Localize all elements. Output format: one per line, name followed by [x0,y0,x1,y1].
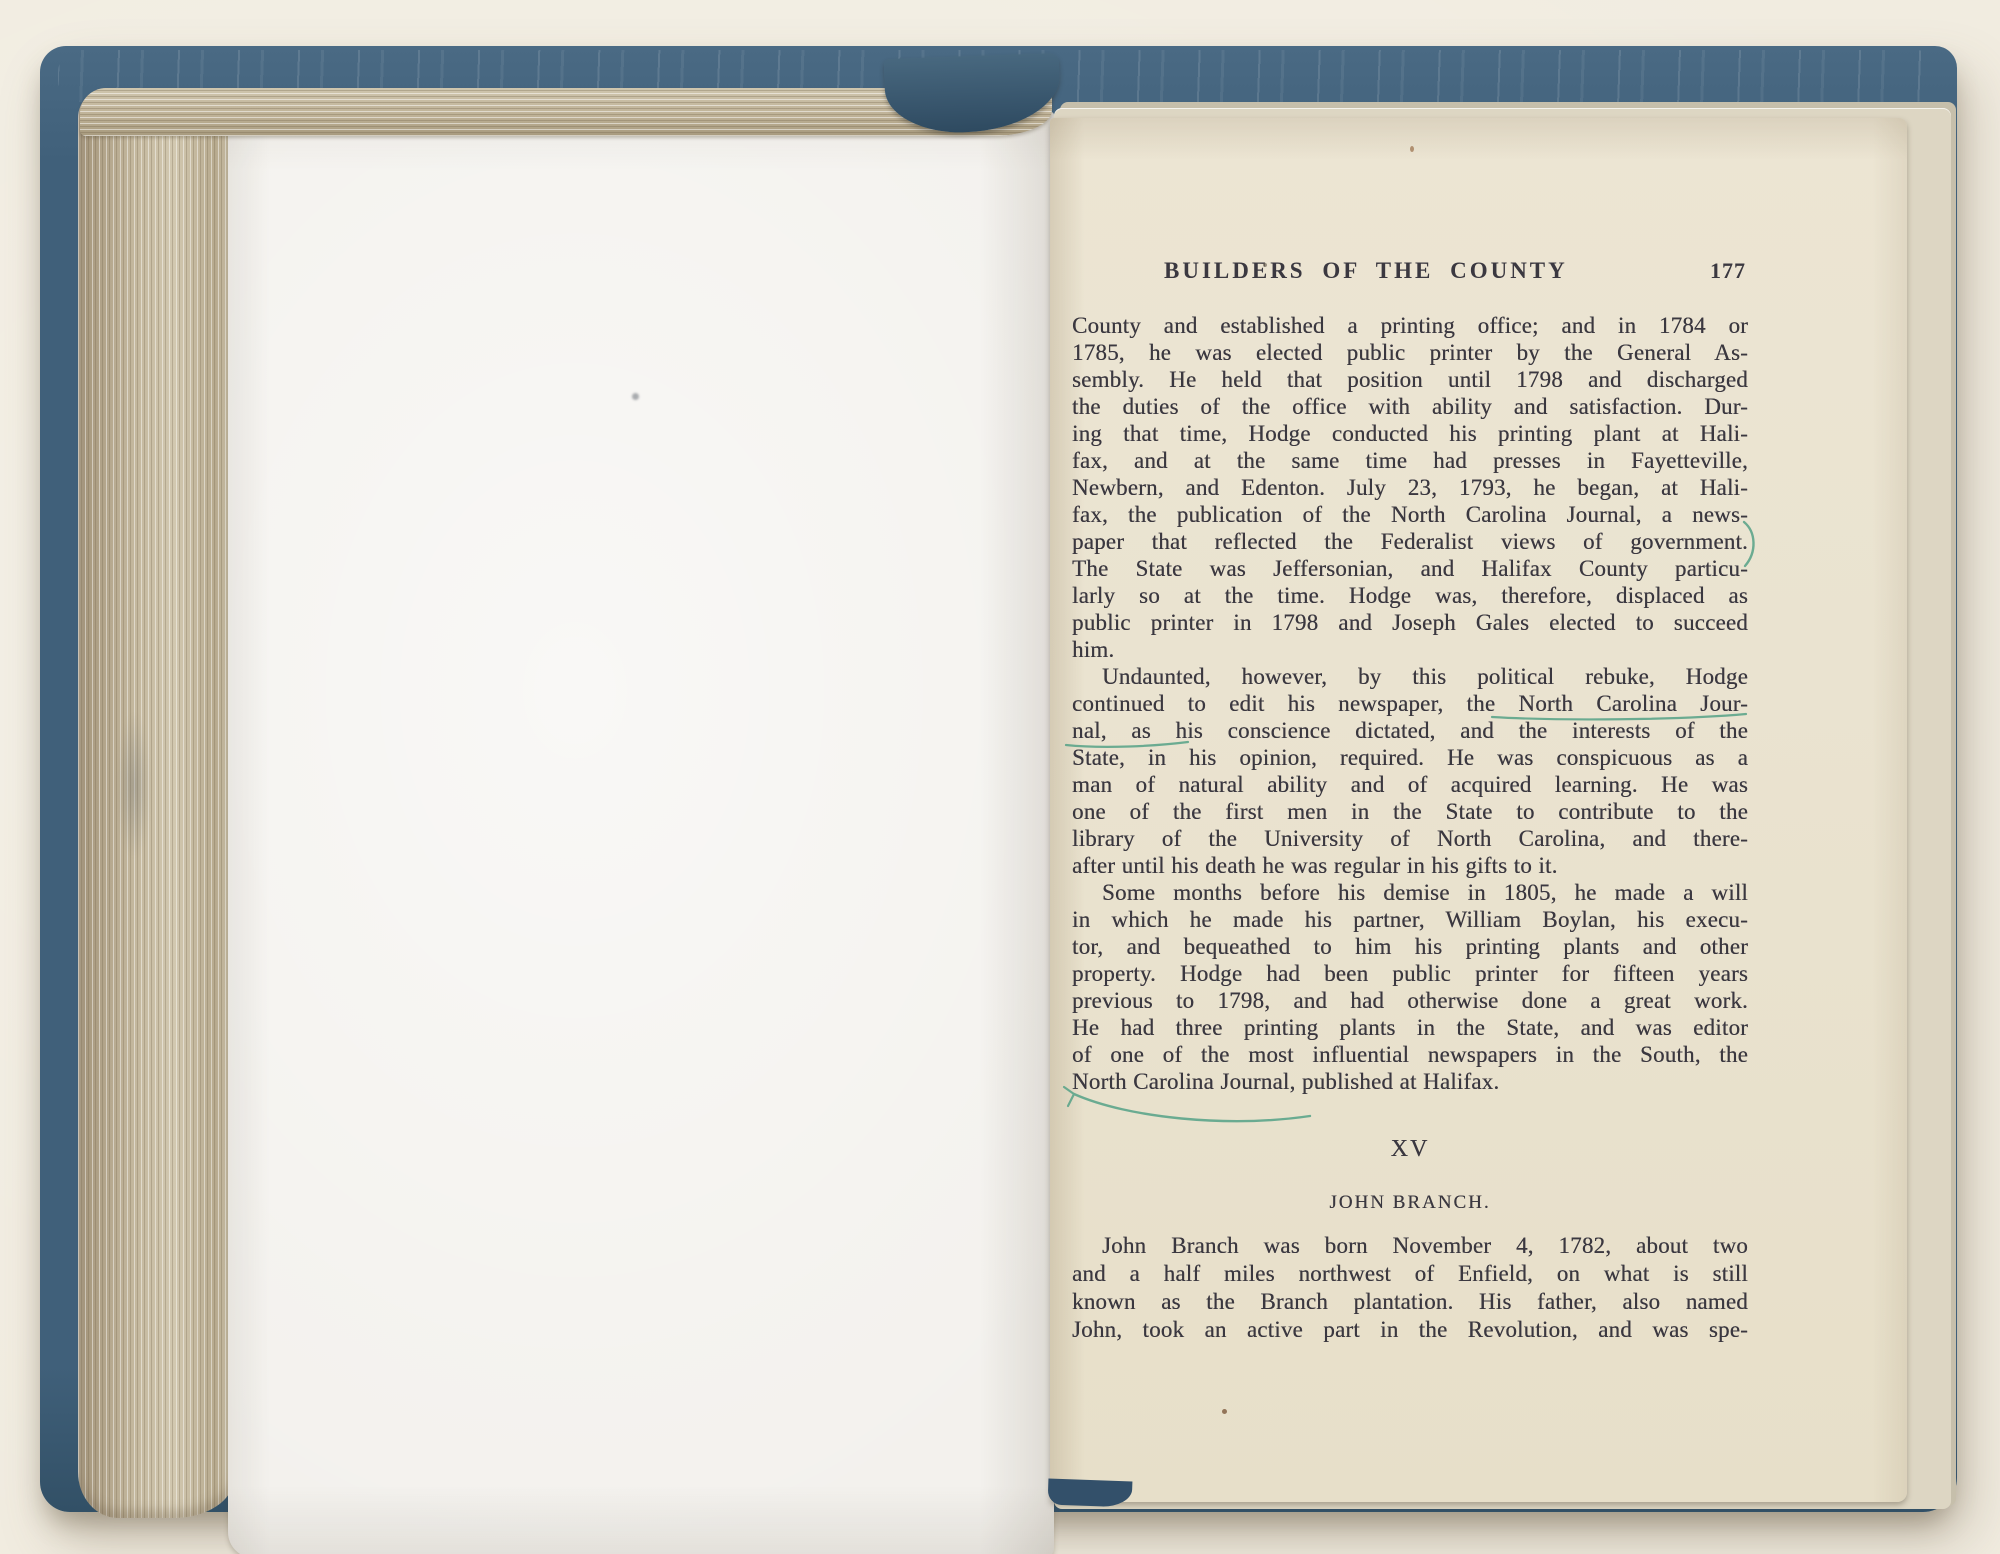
text-line: Some months before his demise in 1805, h… [1072,879,1748,906]
paragraph: County and established a printing office… [1072,312,1748,663]
gutter-cover-glimpse [1048,1479,1133,1508]
text-line: County and established a printing office… [1072,312,1748,339]
text-line: previous to 1798, and had otherwise done… [1072,987,1748,1014]
text-line: North Carolina Journal, published at Hal… [1072,1068,1748,1095]
text-line: tor, and bequeathed to him his printing … [1072,933,1748,960]
text-line: continued to edit his newspaper, the Nor… [1072,690,1748,717]
fore-edge-smudge [112,688,156,883]
text-line: in which he made his partner, William Bo… [1072,906,1748,933]
book-cover: BUILDERS OF THE COUNTY 177 County and es… [40,46,1957,1512]
text-line: Undaunted, however, by this political re… [1072,663,1748,690]
left-page-blank [228,112,1054,1554]
text-line: fax, the publication of the North Caroli… [1072,501,1748,528]
paragraph: Some months before his demise in 1805, h… [1072,879,1748,1095]
text-line: one of the first men in the State to con… [1072,798,1748,825]
text-line: John Branch was born November 4, 1782, a… [1072,1232,1748,1260]
text-line: nal, as his conscience dictated, and the… [1072,717,1748,744]
text-line: larly so at the time. Hodge was, therefo… [1072,582,1748,609]
text-line: library of the University of North Carol… [1072,825,1748,852]
text-line: the duties of the office with ability an… [1072,393,1748,420]
text-line: man of natural ability and of acquired l… [1072,771,1748,798]
text-line: 1785, he was elected public printer by t… [1072,339,1748,366]
photo-background: BUILDERS OF THE COUNTY 177 County and es… [0,0,2000,1554]
text-line: paper that reflected the Federalist view… [1072,528,1748,555]
text-line: fax, and at the same time had presses in… [1072,447,1748,474]
text-line: public printer in 1798 and Joseph Gales … [1072,609,1748,636]
paper-speck [1410,146,1414,152]
text-line: and a half miles northwest of Enfield, o… [1072,1260,1748,1288]
text-line: after until his death he was regular in … [1072,852,1748,879]
text-line: him. [1072,636,1748,663]
text-line: ing that time, Hodge conducted his print… [1072,420,1748,447]
text-line: of one of the most influential newspaper… [1072,1041,1748,1068]
fore-edge-page-stack [78,88,234,1518]
text-line: State, in his opinion, required. He was … [1072,744,1748,771]
section-number-heading: XV [1072,1136,1748,1163]
text-line: property. Hodge had been public printer … [1072,960,1748,987]
paragraph: Undaunted, however, by this political re… [1072,663,1748,879]
running-head: BUILDERS OF THE COUNTY [1164,258,1568,284]
paragraph: John Branch was born November 4, 1782, a… [1072,1232,1748,1344]
section-title-heading: JOHN BRANCH. [1072,1192,1748,1214]
text-line: known as the Branch plantation. His fath… [1072,1288,1748,1316]
paper-speck [1263,263,1267,267]
text-line: The State was Jeffersonian, and Halifax … [1072,555,1748,582]
page-number: 177 [1710,258,1746,284]
right-page-printed: BUILDERS OF THE COUNTY 177 County and es… [1050,118,1907,1502]
text-column: BUILDERS OF THE COUNTY 177 County and es… [1072,118,1748,1502]
text-line: sembly. He held that position until 1798… [1072,366,1748,393]
text-line: John, took an active part in the Revolut… [1072,1316,1748,1344]
text-line: He had three printing plants in the Stat… [1072,1014,1748,1041]
paper-speck [1222,1409,1227,1414]
running-head-row: BUILDERS OF THE COUNTY 177 [1072,258,1748,288]
paper-speck [632,393,639,400]
text-line: Newbern, and Edenton. July 23, 1793, he … [1072,474,1748,501]
